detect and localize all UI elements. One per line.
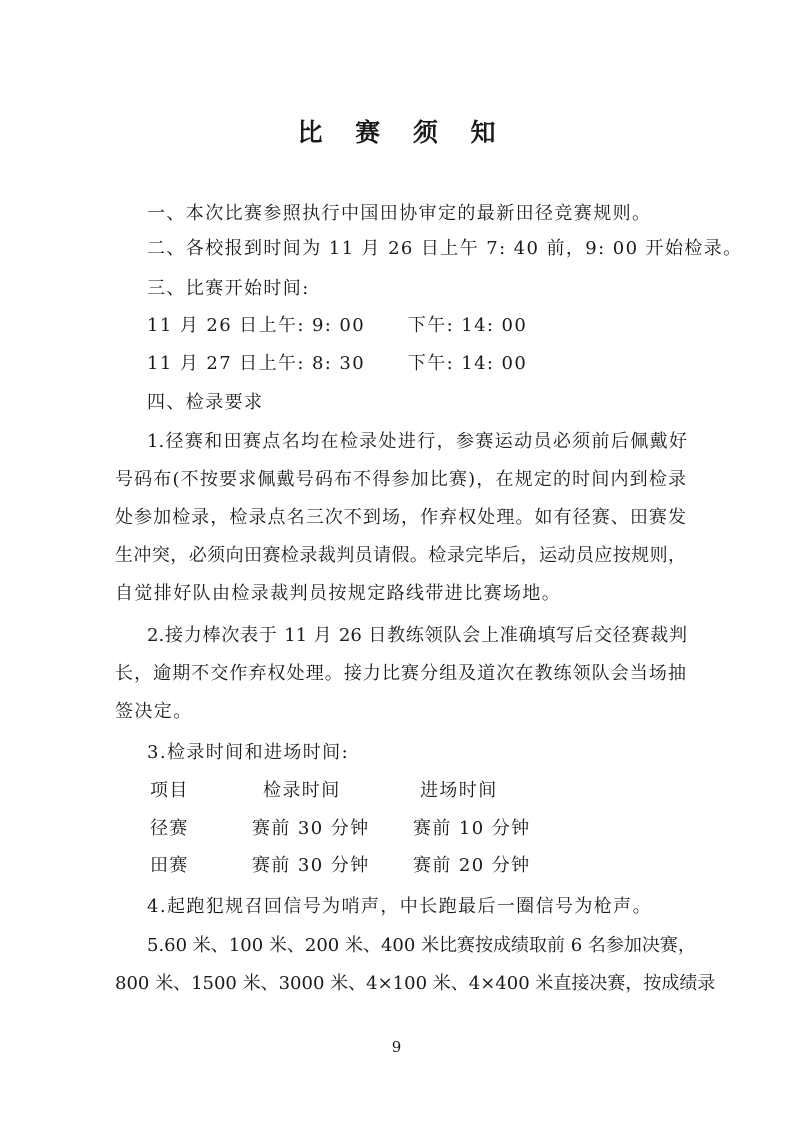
rule-4-heading: 四、检录要求 bbox=[147, 391, 263, 415]
table-cell-field-checkin: 赛前 30 分钟 bbox=[252, 854, 370, 878]
table-row-field-event: 田赛 bbox=[150, 854, 189, 878]
paragraph-4: 4.起跑犯规召回信号为哨声，中长跑最后一圈信号为枪声。 bbox=[147, 895, 652, 919]
table-cell-track-checkin: 赛前 30 分钟 bbox=[252, 817, 370, 841]
document-page: 比 赛 须 知 一、本次比赛参照执行中国田协审定的最新田径竞赛规则。 二、各校报… bbox=[0, 0, 793, 1122]
page-title: 比 赛 须 知 bbox=[0, 116, 793, 150]
rule-1: 一、本次比赛参照执行中国田协审定的最新田径竞赛规则。 bbox=[147, 202, 651, 226]
paragraph-2-line-2: 长，逾期不交作弃权处理。接力比赛分组及道次在教练领队会当场抽 bbox=[115, 662, 686, 686]
paragraph-1-line-4: 生冲突，必须向田赛检录裁判员请假。检录完毕后，运动员应按规则， bbox=[115, 544, 686, 568]
rule-2-registration-time: 二、各校报到时间为 11 月 26 日上午 7: 40 前，9: 00 开始检录… bbox=[147, 237, 743, 261]
paragraph-2-line-1: 2.接力棒次表于 11 月 26 日教练领队会上准确填写后交径赛裁判 bbox=[147, 624, 687, 648]
paragraph-1-line-2: 号码布(不按要求佩戴号码布不得参加比赛)，在规定的时间内到检录 bbox=[115, 468, 686, 492]
table-header-checkin-time: 检录时间 bbox=[263, 779, 341, 803]
paragraph-3-heading: 3.检录时间和进场时间: bbox=[147, 741, 349, 765]
paragraph-2-line-3: 签决定。 bbox=[115, 700, 193, 724]
table-header-entry-time: 进场时间 bbox=[420, 779, 498, 803]
schedule-day-1: 11 月 26 日上午: 9: 00 下午: 14: 00 bbox=[147, 314, 527, 338]
table-row-track-event: 径赛 bbox=[150, 817, 189, 841]
rule-3-heading: 三、比赛开始时间: bbox=[147, 277, 310, 301]
paragraph-1-line-3: 处参加检录，检录点名三次不到场，作弃权处理。如有径赛、田赛发 bbox=[115, 506, 686, 530]
paragraph-5-line-2: 800 米、1500 米、3000 米、4×100 米、4×400 米直接决赛，… bbox=[115, 972, 686, 996]
paragraph-5-line-1: 5.60 米、100 米、200 米、400 米比赛按成绩取前 6 名参加决赛， bbox=[147, 934, 687, 958]
paragraph-1-line-1: 1.径赛和田赛点名均在检录处进行，参赛运动员必须前后佩戴好 bbox=[147, 430, 687, 454]
paragraph-1-line-5: 自觉排好队由检录裁判员按规定路线带进比赛场地。 bbox=[115, 582, 561, 606]
page-number: 9 bbox=[0, 1037, 793, 1057]
table-header-item: 项目 bbox=[150, 779, 189, 803]
schedule-day-2: 11 月 27 日上午: 8: 30 下午: 14: 00 bbox=[147, 352, 527, 376]
table-cell-field-entry: 赛前 20 分钟 bbox=[413, 854, 531, 878]
table-cell-track-entry: 赛前 10 分钟 bbox=[413, 817, 531, 841]
